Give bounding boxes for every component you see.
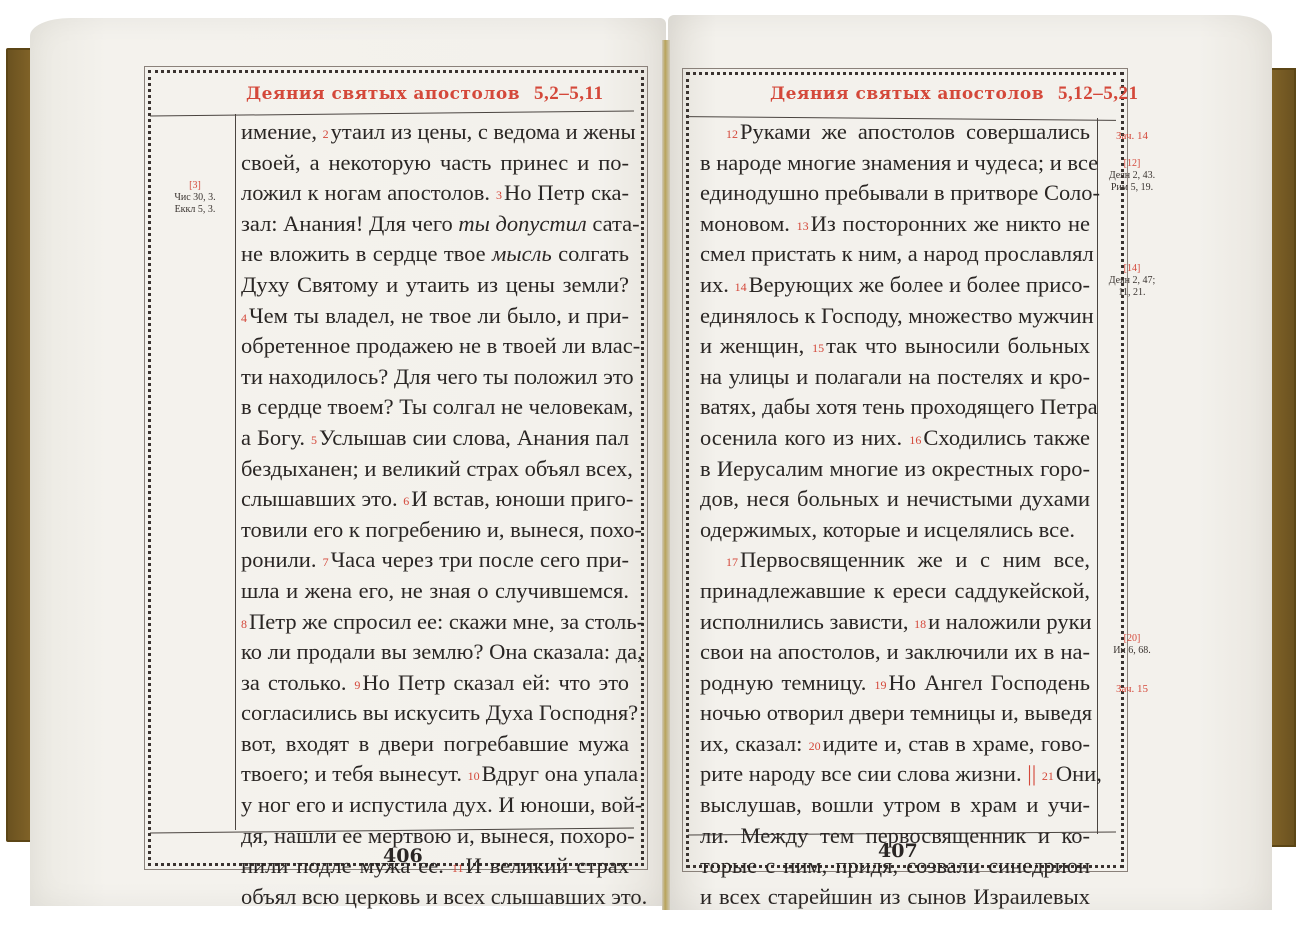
cross-reference-citation: Деян 2, 43. [1100,170,1164,182]
reading-number-note: Зач. 15 [1100,683,1164,696]
text-line: бездыханен; и великий страх объял всех, [241,454,629,485]
text-run: согласились вы искусить Духа Господня? [241,700,638,725]
text-run: единялось к Господу, множество мужчин [700,303,1094,328]
text-line: выслушав, вошли утром в храм и учи- [700,790,1090,821]
text-run: Услышав сии слова, Анания пал [319,425,629,450]
text-line: 8Петр же спросил ее: скажи мне, за столь… [241,607,629,638]
text-line: моновом. 13Из посторонних же никто не [700,209,1090,240]
text-run: а Богу. [241,425,311,450]
cross-reference-citation: Чис 30, 3. [160,192,230,204]
text-line: ко ли продали вы землю? Она сказала: да, [241,637,629,668]
text-run: ти находилось? Для чего ты положил это [241,364,634,389]
cross-reference-citation: Рим 5, 19. [1100,182,1164,194]
text-run: бездыханен; и великий страх объял всех, [241,456,633,481]
cross-reference-verse: [20] [1100,633,1164,645]
text-line: ватях, дабы хотя тень проходящего Петра [700,392,1090,423]
text-line: товили его к погребению и, вынеся, похо- [241,515,629,546]
text-run: и женщин, [700,333,812,358]
text-line: ронили. 7Часа через три после сего при- [241,545,629,576]
verse-number: 6 [403,494,409,508]
text-line: в сердце твоем? Ты солгал не человекам, [241,392,629,423]
book-gutter [662,40,670,910]
text-run: Верующих же более и более присо- [749,272,1090,297]
verse-number: 2 [323,127,329,141]
cross-reference-note: [20]Ин 6, 68. [1100,633,1164,657]
text-run: единодушно пребывали в притворе Соло- [700,180,1100,205]
text-run: товили его к погребению и, вынеся, похо- [241,517,642,542]
italic-insertion: мысль [492,241,552,266]
text-line: нили подле мужа ее. 11И великий страх [241,851,629,882]
text-line: родную темницу. 19Но Ангел Господень [700,668,1090,699]
text-run: принадлежавшие к ереси саддукейской, [700,578,1090,603]
running-head-title: Деяния святых апостолов [770,84,1044,104]
verse-number: 9 [354,678,360,692]
text-run: осенила кого из них. [700,425,909,450]
text-run: солгать [552,241,629,266]
text-line: единодушно пребывали в притворе Соло- [700,178,1090,209]
text-line: в Иерусалим многие из окрестных горо- [700,454,1090,485]
verse-number: 8 [241,617,247,631]
reading-number-note: Зач. 14 [1100,130,1164,143]
text-line: единялось к Господу, множество мужчин [700,301,1090,332]
text-run: их. [700,272,735,297]
text-run: Но Ангел Господень [889,670,1090,695]
text-run: ложил к ногам апостолов. [241,180,496,205]
text-run: Чем ты владел, не твое ли было, и при- [249,303,629,328]
running-head-ref: 5,12–5,21 [1058,83,1139,104]
text-run: смел пристать к ним, а народ прославлял [700,241,1094,266]
running-head-title: Деяния святых апостолов [246,84,520,104]
text-run: Вдруг она упала [482,761,639,786]
text-line: ложил к ногам апостолов. 3Но Петр ска- [241,178,629,209]
text-run: Руками же апостолов совершались [740,119,1090,144]
text-line: одержимых, которые и исцелялись все. [700,515,1090,546]
cross-reference-verse: [12] [1100,158,1164,170]
text-line: их, сказал: 20идите и, став в храме, гов… [700,729,1090,760]
text-run: исполнились зависти, [700,609,914,634]
verse-number: 16 [909,433,921,447]
verse-number: 13 [797,219,809,233]
text-run: их, сказал: [700,731,809,756]
verse-number: 21 [1042,769,1054,783]
text-run: в Иерусалим многие из окрестных горо- [700,456,1090,481]
text-line: объял всю церковь и всех слышавших это. [241,882,629,913]
text-run: дов, неся больных и нечистыми духами [700,486,1090,511]
text-run: сата- [587,211,640,236]
cross-reference-note: [3]Чис 30, 3.Еккл 5, 3. [160,180,230,216]
text-run: Они, [1056,761,1102,786]
text-line: принадлежавшие к ереси саддукейской, [700,576,1090,607]
italic-insertion: ты допустил [458,211,586,236]
text-run: твоего; и тебя вынесут. [241,761,468,786]
cross-reference-verse: [14] [1100,263,1164,275]
text-run: имение, [241,119,323,144]
text-line: в народе многие знамения и чудеса; и все [700,148,1090,179]
verse-number: 3 [496,188,502,202]
text-run: и наложили руки [928,609,1091,634]
text-run: слышавших это. [241,486,403,511]
text-run: обретенное продажею не в твоей ли влас- [241,333,640,358]
text-run: родную темницу. [700,670,875,695]
text-run: вот, входят в двери погребавшие мужа [241,731,629,756]
text-run: Часа через три после сего при- [331,547,629,572]
verse-number: 12 [726,127,738,141]
text-run: зал: Анания! Для чего [241,211,458,236]
text-line: и всех старейшин из сынов Израилевых [700,882,1090,913]
text-run: Из посторонних же никто не [811,211,1090,236]
cross-reference-verse: [3] [160,180,230,192]
text-line: обретенное продажею не в твоей ли влас- [241,331,629,362]
cross-reference-citation: Еккл 5, 3. [160,204,230,216]
text-run: у ног его и испустила дух. И юноши, вой- [241,792,642,817]
text-run: ночью отворил двери темницы и, выведя [700,700,1092,725]
text-line: а Богу. 5Услышав сии слова, Анания пал [241,423,629,454]
text-line: ночью отворил двери темницы и, выведя [700,698,1090,729]
text-line: твоего; и тебя вынесут. 10Вдруг она упал… [241,759,629,790]
text-run: моновом. [700,211,797,236]
text-run: Первосвященник же и с ним все, [740,547,1090,572]
text-run: ватях, дабы хотя тень проходящего Петра [700,394,1098,419]
text-column-right: 12Руками же апостолов совершалисьв народ… [700,117,1090,912]
text-line: на улицы и полагали на постелях и кро- [700,362,1090,393]
page-number-left: 406 [383,845,423,867]
text-line: их. 14Верующих же более и более присо- [700,270,1090,301]
cross-reference-citation: Ин 6, 68. [1100,645,1164,657]
verse-number: 11 [452,861,464,875]
text-run: ронили. [241,547,323,572]
text-line: свои на апостолов, и заключили их в на- [700,637,1090,668]
reading-number: Зач. 15 [1116,683,1148,695]
text-line: зал: Анания! Для чего ты допустил сата- [241,209,629,240]
running-head-right: Деяния святых апостолов5,12–5,21 [770,83,1139,105]
verse-number: 4 [241,311,247,325]
text-line: за столько. 9Но Петр сказал ей: что это [241,668,629,699]
text-line: не вложить в сердце твое мысль солгать [241,239,629,270]
text-run: и всех старейшин из сынов Израилевых [700,884,1090,909]
text-run: своей, а некоторую часть принес и по- [241,150,629,175]
text-run: И встав, юноши приго- [411,486,633,511]
text-run: рите народу все сии слова жизни. [700,761,1027,786]
verse-number: 15 [812,341,824,355]
verse-number: 19 [875,678,887,692]
verse-number: 14 [735,280,747,294]
text-run: Но Петр ска- [504,180,629,205]
cross-reference-note: [12]Деян 2, 43.Рим 5, 19. [1100,158,1164,194]
text-run: на улицы и полагали на постелях и кро- [700,364,1090,389]
text-run: свои на апостолов, и заключили их в на- [700,639,1090,664]
text-run: Духу Святому и утаить из цены земли? [241,272,629,297]
margin-divider-right [1097,118,1098,834]
cross-reference-note: [14]Деян 2, 47;11, 21. [1100,263,1164,299]
running-head-left: Деяния святых апостолов5,2–5,11 [246,83,603,105]
text-line: смел пристать к ним, а народ прославлял [700,239,1090,270]
text-line: 4Чем ты владел, не твое ли было, и при- [241,301,629,332]
verse-number: 20 [809,739,821,753]
text-run: Петр же спросил ее: скажи мне, за столь- [249,609,644,634]
verse-number: 7 [323,555,329,569]
text-line: осенила кого из них. 16Сходились также [700,423,1090,454]
text-line: рите народу все сии слова жизни. || 21Он… [700,759,1090,790]
cross-reference-citation: Деян 2, 47; [1100,275,1164,287]
text-run: в сердце твоем? Ты солгал не человекам, [241,394,633,419]
text-line: 12Руками же апостолов совершались [700,117,1090,148]
text-line: имение, 2утаил из цены, с ведома и жены [241,117,629,148]
text-line: шла и жена его, не зная о случившемся. [241,576,629,607]
running-head-ref: 5,2–5,11 [534,83,603,104]
text-run: Но Петр сказал ей: что это [362,670,629,695]
verse-number: 5 [311,433,317,447]
text-run: шла и жена его, не зная о случившемся. [241,578,629,603]
cross-reference-citation: 11, 21. [1100,287,1164,299]
text-line: 17Первосвященник же и с ним все, [700,545,1090,576]
text-run: Сходились также [923,425,1090,450]
text-run: не вложить в сердце твое [241,241,492,266]
text-line: своей, а некоторую часть принес и по- [241,148,629,179]
text-line: вот, входят в двери погребавшие мужа [241,729,629,760]
text-run: объял всю церковь и всех слышавших это. [241,884,647,909]
text-line: согласились вы искусить Духа Господня? [241,698,629,729]
reading-end-marker: || [1027,761,1036,786]
text-line: дя, нашли ее мертвою и, вынеся, похоро- [241,821,629,852]
text-line: дов, неся больных и нечистыми духами [700,484,1090,515]
page-number-right: 407 [878,840,918,862]
text-run: ко ли продали вы землю? Она сказала: да, [241,639,643,664]
margin-divider-left [235,114,236,830]
text-run: так что выносили больных [826,333,1090,358]
text-run: одержимых, которые и исцелялись все. [700,517,1075,542]
text-line: ти находилось? Для чего ты положил это [241,362,629,393]
text-run: идите и, став в храме, гово- [823,731,1090,756]
text-run: выслушав, вошли утром в храм и учи- [700,792,1090,817]
verse-number: 18 [914,617,926,631]
text-run: дя, нашли ее мертвою и, вынеся, похоро- [241,823,635,848]
text-line: исполнились зависти, 18и наложили руки [700,607,1090,638]
verse-number: 10 [468,769,480,783]
text-line: слышавших это. 6И встав, юноши приго- [241,484,629,515]
text-run: утаил из цены, с ведома и жены [331,119,636,144]
verse-number: 17 [726,555,738,569]
text-run: в народе многие знамения и чудеса; и все [700,150,1098,175]
reading-number: Зач. 14 [1116,130,1148,142]
text-run: за столько. [241,670,354,695]
text-line: и женщин, 15так что выносили больных [700,331,1090,362]
text-line: у ног его и испустила дух. И юноши, вой- [241,790,629,821]
text-run: И великий страх [465,853,629,878]
text-line: Духу Святому и утаить из цены земли? [241,270,629,301]
text-column-left: имение, 2утаил из цены, с ведома и женыс… [241,117,629,912]
